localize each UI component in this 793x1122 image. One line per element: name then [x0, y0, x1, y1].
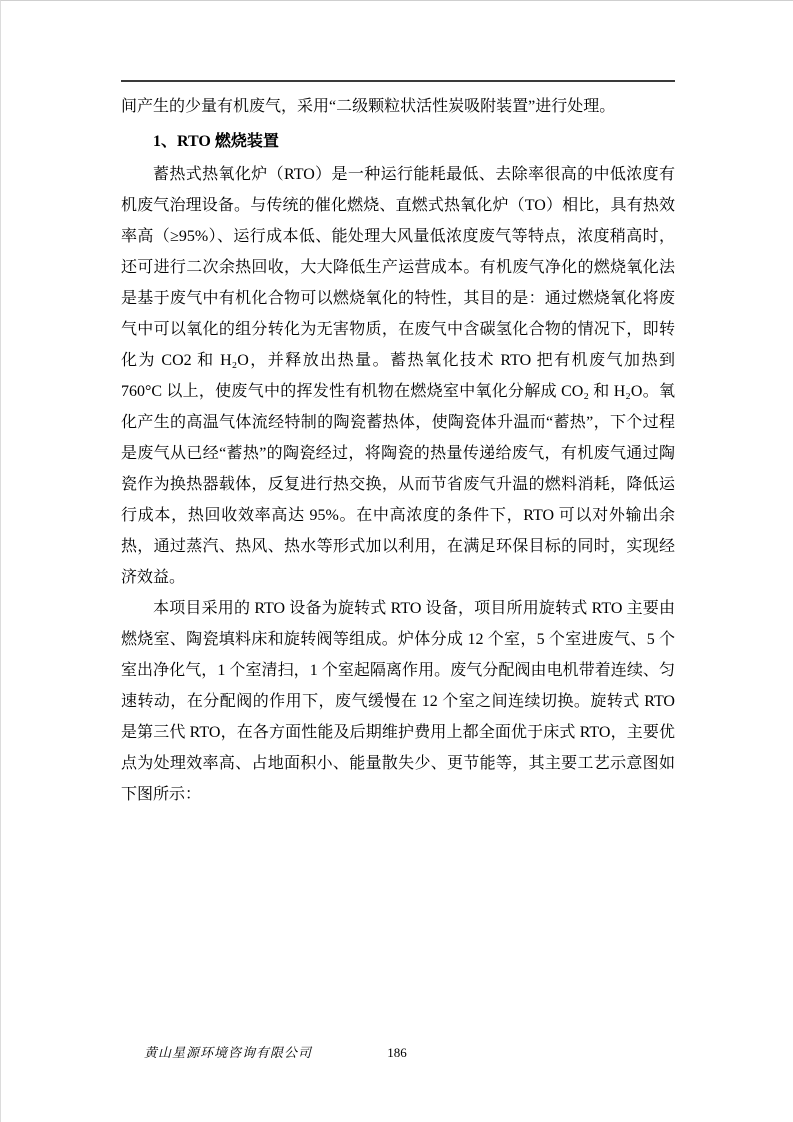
paragraph-rto-description: 蓄热式热氧化炉（RTO）是一种运行能耗最低、去除率很高的中低浓度有机废气治理设备…	[121, 159, 675, 593]
document-page: 间产生的少量有机废气，采用“二级颗粒状活性炭吸附装置”进行处理。 1、RTO 燃…	[0, 0, 793, 1122]
page-number: 186	[1, 1042, 793, 1064]
document-body: 间产生的少量有机废气，采用“二级颗粒状活性炭吸附装置”进行处理。 1、RTO 燃…	[121, 91, 675, 810]
paragraph-continuation: 间产生的少量有机废气，采用“二级颗粒状活性炭吸附装置”进行处理。	[121, 91, 675, 122]
section-heading: 1、RTO 燃烧装置	[121, 126, 675, 157]
page-footer: 黄山星源环境咨询有限公司 186	[1, 1042, 793, 1064]
paragraph-project-rto: 本项目采用的 RTO 设备为旋转式 RTO 设备，项目所用旋转式 RTO 主要由…	[121, 593, 675, 810]
header-rule-divider	[121, 80, 675, 82]
